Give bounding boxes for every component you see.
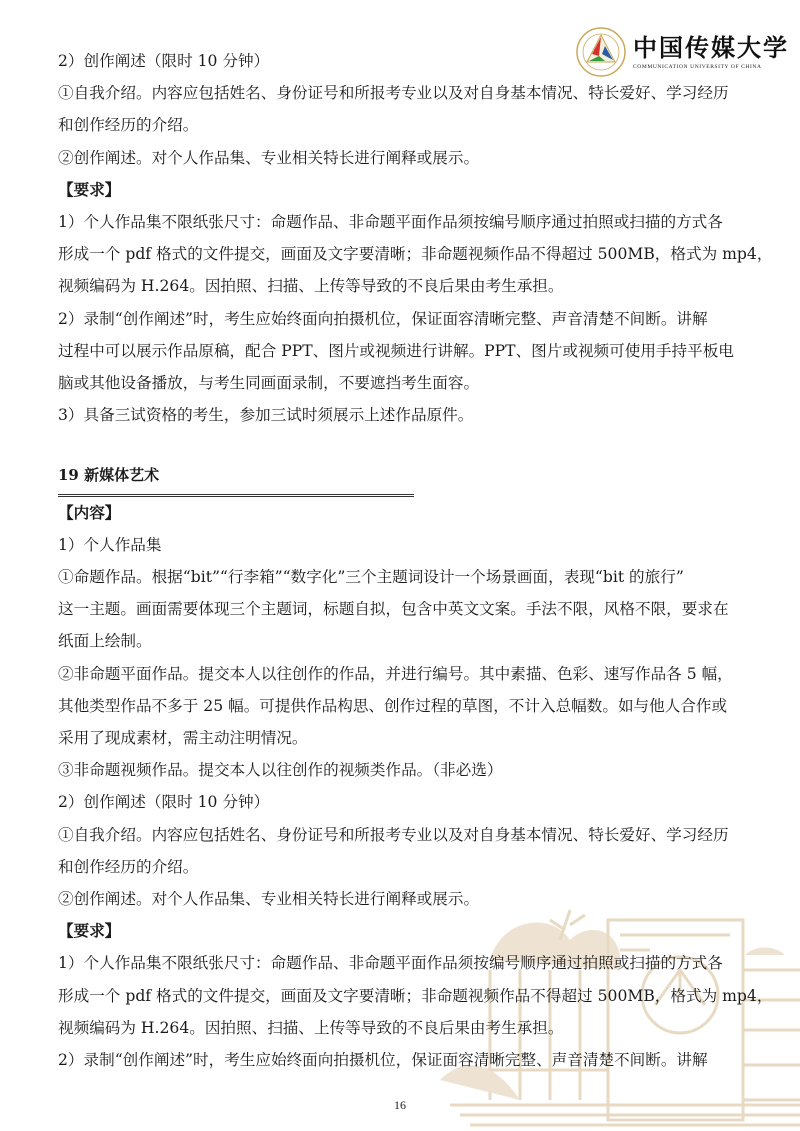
paragraph-line: ②创作阐述。对个人作品集、专业相关特长进行阐释或展示。 <box>58 142 748 174</box>
paragraph-line: 这一主题。画面需要体现三个主题词，标题自拟，包含中英文文案。手法不限，风格不限，… <box>58 593 748 625</box>
university-name-english: COMMUNICATION UNIVERSITY OF CHINA <box>633 64 762 70</box>
requirement-line: 形成一个 pdf 格式的文件提交，画面及文字要清晰；非命题视频作品不得超过 50… <box>58 238 748 270</box>
paragraph-line: ①自我介绍。内容应包括姓名、身份证号和所报考专业以及对自身基本情况、特长爱好、学… <box>58 77 748 109</box>
requirement-line: 1）个人作品集不限纸张尺寸：命题作品、非命题平面作品须按编号顺序通过拍照或扫描的… <box>58 947 748 979</box>
document-body: 2）创作阐述（限时 10 分钟） ①自我介绍。内容应包括姓名、身份证号和所报考专… <box>58 45 748 1076</box>
paragraph-line: ②非命题平面作品。提交本人以往创作的作品，并进行编号。其中素描、色彩、速写作品各… <box>58 658 748 690</box>
paragraph-line: 1）个人作品集 <box>58 529 748 561</box>
page-number: 16 <box>0 1098 800 1113</box>
paragraph-line: ③非命题视频作品。提交本人以往创作的视频类作品。（非必选） <box>58 754 748 786</box>
paragraph-line: ①自我介绍。内容应包括姓名、身份证号和所报考专业以及对自身基本情况、特长爱好、学… <box>58 819 748 851</box>
requirement-line: 脑或其他设备播放，与考生同画面录制，不要遮挡考生面容。 <box>58 367 748 399</box>
university-name-chinese: 中国传媒大学 <box>633 34 789 62</box>
requirement-line: 视频编码为 H.264。因拍照、扫描、上传等导致的不良后果由考生承担。 <box>58 270 748 302</box>
section-spacer <box>58 431 748 459</box>
requirement-line: 2）录制“创作阐述”时，考生应始终面向拍摄机位，保证面容清晰完整、声音清楚不间断… <box>58 303 748 335</box>
university-logo: 中国传媒大学 COMMUNICATION UNIVERSITY OF CHINA <box>575 22 800 82</box>
university-emblem-icon <box>575 26 627 78</box>
requirements-heading: 【要求】 <box>58 915 748 947</box>
requirement-line: 过程中可以展示作品原稿，配合 PPT、图片或视频进行讲解。PPT、图片或视频可使… <box>58 335 748 367</box>
content-heading: 【内容】 <box>58 497 748 529</box>
requirement-line: 形成一个 pdf 格式的文件提交，画面及文字要清晰；非命题视频作品不得超过 50… <box>58 980 748 1012</box>
requirement-line: 视频编码为 H.264。因拍照、扫描、上传等导致的不良后果由考生承担。 <box>58 1012 748 1044</box>
paragraph-line: 采用了现成素材，需主动注明情况。 <box>58 722 748 754</box>
paragraph-line: ①命题作品。根据“bit”“行李箱”“数字化”三个主题词设计一个场景画面，表现“… <box>58 561 748 593</box>
paragraph-line: 2）创作阐述（限时 10 分钟） <box>58 786 748 818</box>
section-title: 19 新媒体艺术 <box>58 459 748 491</box>
requirement-line: 1）个人作品集不限纸张尺寸：命题作品、非命题平面作品须按编号顺序通过拍照或扫描的… <box>58 206 748 238</box>
requirement-line: 3）具备三试资格的考生，参加三试时须展示上述作品原件。 <box>58 399 748 431</box>
paragraph-line: 其他类型作品不多于 25 幅。可提供作品构思、创作过程的草图，不计入总幅数。如与… <box>58 690 748 722</box>
paragraph-line: 和创作经历的介绍。 <box>58 851 748 883</box>
paragraph-line: ②创作阐述。对个人作品集、专业相关特长进行阐释或展示。 <box>58 883 748 915</box>
requirement-line: 2）录制“创作阐述”时，考生应始终面向拍摄机位，保证面容清晰完整、声音清楚不间断… <box>58 1044 748 1076</box>
requirements-heading: 【要求】 <box>58 174 748 206</box>
paragraph-line: 纸面上绘制。 <box>58 625 748 657</box>
paragraph-line: 和创作经历的介绍。 <box>58 109 748 141</box>
